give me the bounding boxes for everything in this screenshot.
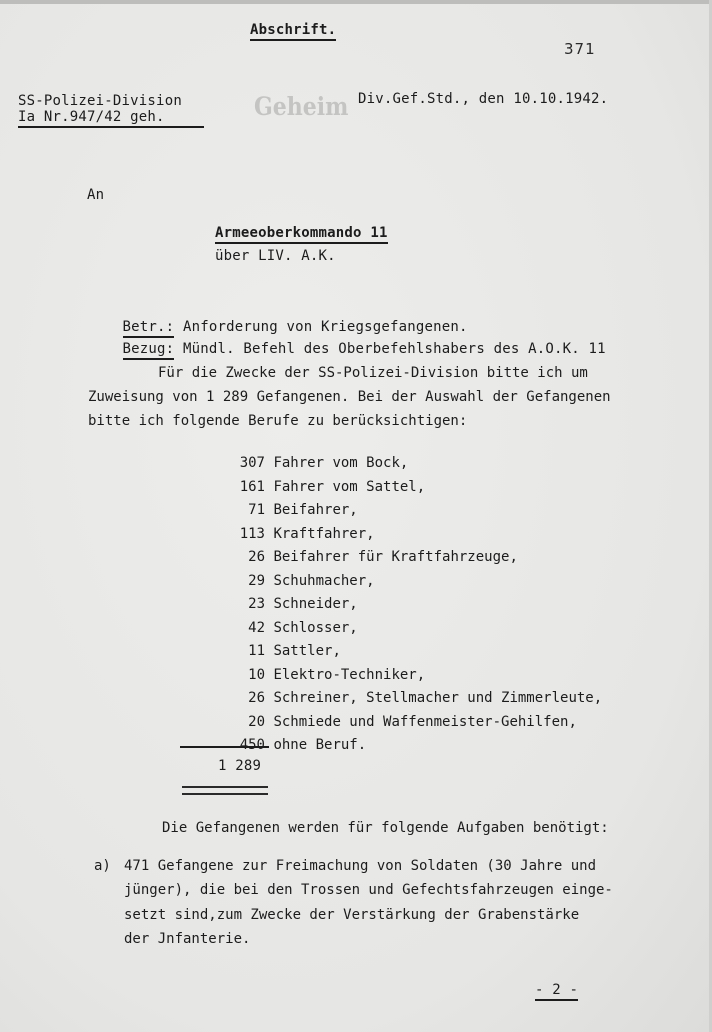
total-count: 1 289	[218, 758, 261, 774]
list-item: 10 Elektro-Techniker,	[231, 664, 602, 688]
double-underline	[182, 786, 268, 795]
list-item: 29 Schuhmacher,	[231, 570, 602, 594]
list-item: 11 Sattler,	[231, 640, 602, 664]
document-title: Abschrift.	[250, 22, 336, 41]
reference-number: Ia Nr.947/42 geh.	[18, 109, 204, 128]
task-a-line-2: jünger), die bei den Trossen und Gefecht…	[124, 878, 613, 903]
document-page: Abschrift. 371 SS-Polizei-Division Ia Nr…	[0, 0, 712, 1032]
intro-line-1: Für die Zwecke der SS-Polizei-Division b…	[158, 361, 588, 386]
recipient-via: über LIV. A.K.	[215, 248, 336, 264]
list-item: 307 Fahrer vom Bock,	[231, 452, 602, 476]
next-page-marker: - 2 -	[535, 982, 578, 1001]
page-top-shadow	[0, 0, 712, 4]
task-a-line-4: der Jnfanterie.	[124, 927, 250, 952]
place-date: Div.Gef.Std., den 10.10.1942.	[358, 91, 608, 107]
handwritten-page-number: 371	[564, 40, 596, 58]
professions-list: 307 Fahrer vom Bock, 161 Fahrer vom Satt…	[231, 452, 602, 758]
recipient: Armeeoberkommando 11	[215, 225, 388, 244]
task-a-line-3: setzt sind,zum Zwecke der Verstärkung de…	[124, 903, 579, 928]
list-item: 23 Schneider,	[231, 593, 602, 617]
task-a-marker: a)	[94, 854, 111, 879]
salutation: An	[87, 187, 104, 203]
bezug-text: Mündl. Befehl des Oberbefehlshabers des …	[183, 341, 606, 357]
geheim-stamp: Geheim	[254, 92, 348, 122]
list-item: 71 Beifahrer,	[231, 499, 602, 523]
list-item: 26 Schreiner, Stellmacher und Zimmerleut…	[231, 687, 602, 711]
tasks-intro: Die Gefangenen werden für folgende Aufga…	[162, 816, 609, 841]
intro-line-3: bitte ich folgende Berufe zu berücksicht…	[88, 409, 467, 434]
list-item: 113 Kraftfahrer,	[231, 523, 602, 547]
list-item: 20 Schmiede und Waffenmeister-Gehilfen,	[231, 711, 602, 735]
bezug-label: Bezug:	[123, 341, 175, 360]
list-item: 161 Fahrer vom Sattel,	[231, 476, 602, 500]
sender-unit: SS-Polizei-Division	[18, 93, 182, 109]
list-item: 26 Beifahrer für Kraftfahrzeuge,	[231, 546, 602, 570]
sum-underline	[180, 746, 269, 748]
intro-line-2: Zuweisung von 1 289 Gefangenen. Bei der …	[88, 385, 611, 410]
list-item: 42 Schlosser,	[231, 617, 602, 641]
task-a-line-1: 471 Gefangene zur Freimachung von Soldat…	[124, 854, 596, 879]
list-item: 450 ohne Beruf.	[231, 734, 602, 758]
